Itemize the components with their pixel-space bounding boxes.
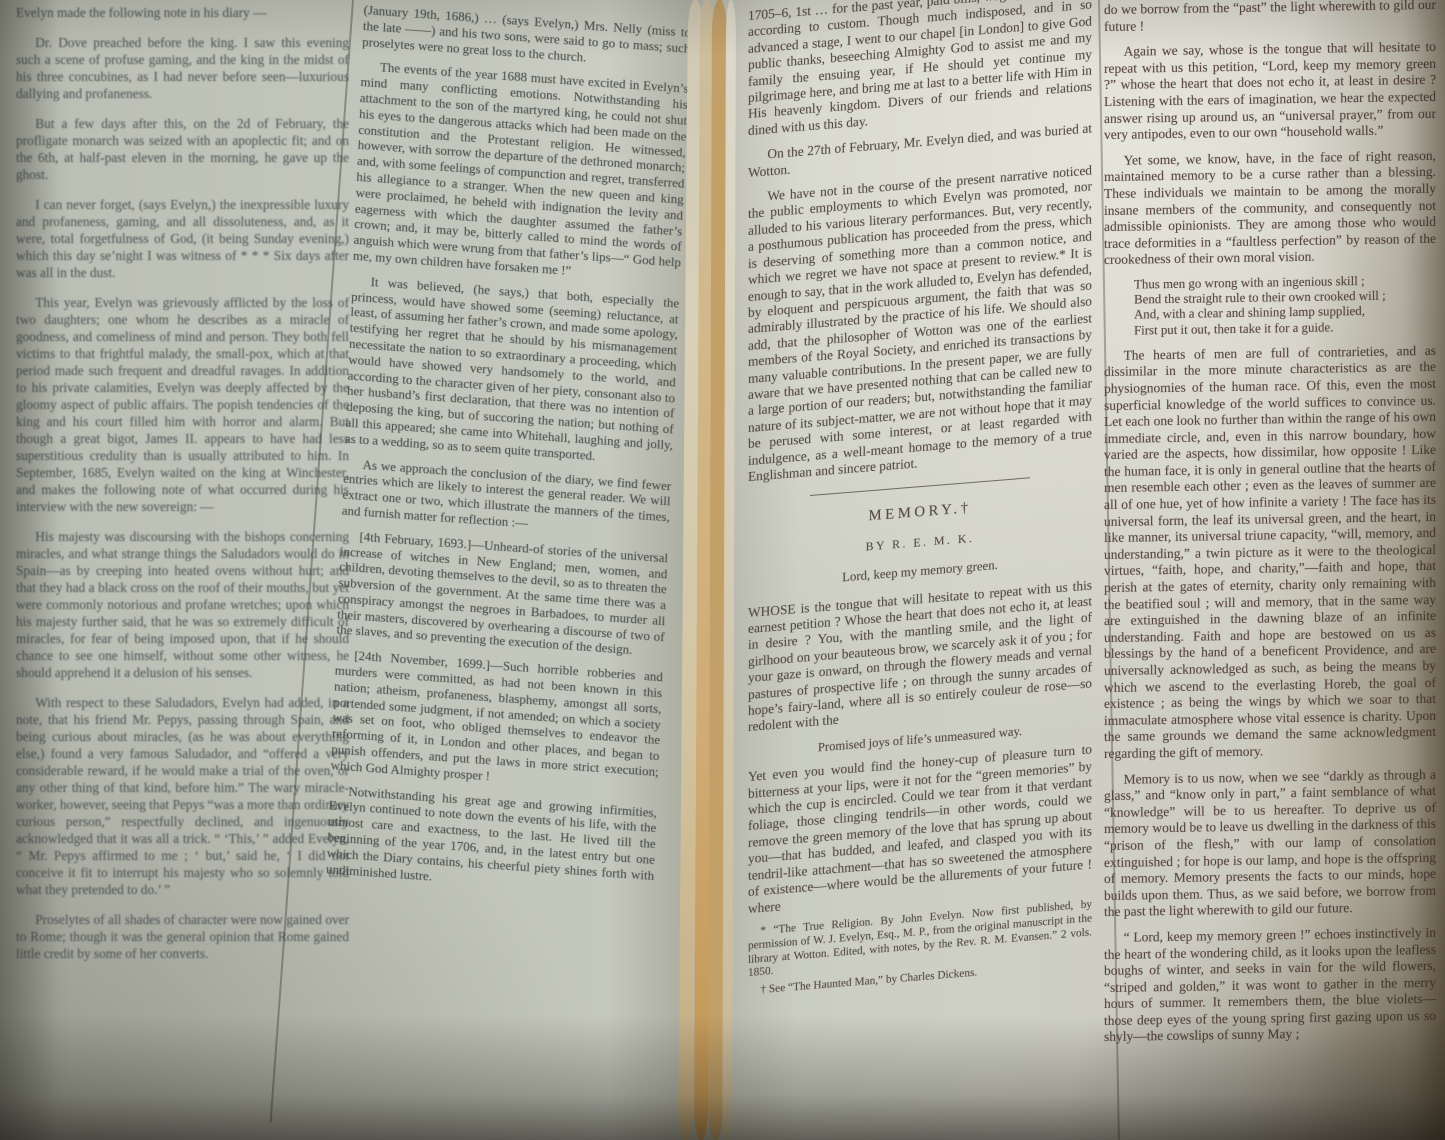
paragraph: do we borrow from the “past” the light w… [1104,0,1436,35]
paragraph: Again we say, whose is the tongue that w… [1104,39,1436,144]
diary-extract: But a few days after this, on the 2d of … [16,115,349,183]
column-1: Evelyn made the following note in his di… [16,4,349,975]
paragraph: We have not in the course of the present… [748,162,1092,485]
section-divider-rule [810,478,1030,497]
paragraph: Evelyn made the following note in his di… [16,4,349,21]
column-4: do we borrow from the “past” the light w… [1104,0,1436,1055]
paragraph: Yet some, we know, have, in the face of … [1104,148,1436,269]
paragraph: It was believed, (he says,) that both, e… [345,272,680,468]
column-3: 1705–6, 1st … for the past year, paid bi… [748,0,1092,1003]
diary-extract: [4th February, 1693.]—Unheard-of stories… [336,527,668,660]
book-page-photo: Evelyn made the following note in his di… [0,0,1445,1140]
diary-extract: [24th November, 1699.]—Such horrible rob… [330,647,663,796]
paragraph: The events of the year 1688 must have ex… [353,58,689,286]
paragraph: As we approach the conclusion of the dia… [341,455,671,541]
diary-extract: Dr. Dove preached before the king. I saw… [16,34,349,102]
paragraph: WHOSE is the tongue that will hesitate t… [748,577,1092,736]
paragraph: Notwithstanding his great age and growin… [326,782,657,900]
paragraph: Memory is to us now, when we see “darkly… [1104,766,1436,921]
paragraph: The hearts of men are full of contrariet… [1104,343,1436,763]
footnotes: * “The True Religion. By John Evelyn. No… [748,898,1092,999]
diary-extract: 1705–6, 1st … for the past year, paid bi… [748,0,1092,139]
paragraph: Proselytes of all shades of character we… [16,911,349,962]
paragraph: Yet even you would find the honey-cup of… [748,742,1092,917]
verse-block: Thus men go wrong with an ingenious skil… [1134,273,1436,339]
column-2: (January 19th, 1686,) … (says Evelyn,) M… [325,2,691,908]
paragraph: This year, Evelyn was grievously afflict… [16,294,349,515]
diary-extract: His majesty was discoursing with the bis… [16,528,349,681]
paragraph: “ Lord, keep my memory green !” echoes i… [1104,925,1436,1046]
diary-extract: I can never forget, (says Evelyn,) the i… [16,196,349,281]
